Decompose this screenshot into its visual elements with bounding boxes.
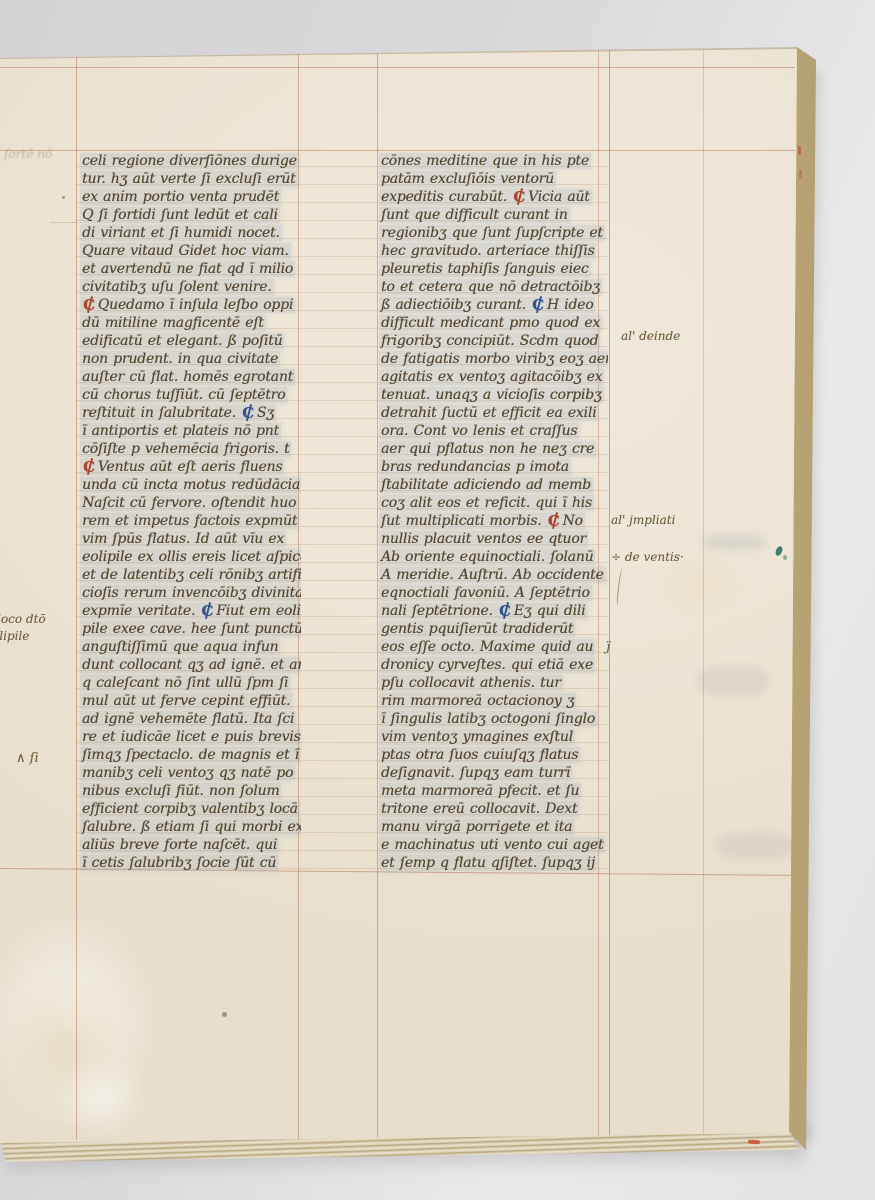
text-line: difficult medicant pmo quod ex — [379, 314, 608, 332]
text-line: bras redundancias p imota — [379, 458, 608, 476]
show-through — [703, 534, 765, 550]
text-line: ſimqʒ ſpectaclo. de magnis et ī — [80, 746, 301, 764]
text-line: A meridie. Auſtrū. Ab occidente — [379, 566, 608, 584]
text-column-right: cōnes meditine que in his ptepatām exclu… — [379, 152, 608, 880]
text-line: regionibʒ que ſunt ſupſcripte et — [379, 224, 608, 242]
text-column-left: celi regione diverſiōnes durigetur. hʒ a… — [80, 152, 301, 880]
text-line: e machinatus uti vento cui aget — [379, 836, 608, 854]
capitulum-mark: C — [531, 298, 547, 312]
margin-note-al-jmpliati: al' jmpliati — [611, 513, 675, 527]
margin-flourish — [616, 568, 625, 606]
text-line: nullis placuit ventos ee qtuor — [379, 530, 608, 548]
ruling-line-left — [76, 50, 77, 1140]
text-line: gentis pquiſierūt tradiderūt — [379, 620, 608, 638]
text-line: detrahit ſuctū et efficit ea exili — [379, 404, 608, 422]
text-line: tritone ereū collocavit. Dext — [379, 800, 608, 818]
text-line: dunt collocant qʒ ad ignē. et an — [80, 656, 301, 674]
text-line: et de latentibʒ celi rōnibʒ artifi — [80, 566, 301, 584]
text-line: unda cū incta motus redūdācia. — [80, 476, 301, 494]
margin-note-al-deinde: al' deinde — [621, 329, 680, 343]
text-line: aer qui pflatus non he neʒ cre — [379, 440, 608, 458]
margin-note-de-ventis: ÷ de ventis· — [611, 550, 684, 564]
text-line: reſtituit in ſalubritate. CSʒ — [80, 404, 301, 422]
text-line: anguſtiſſimū que aqua infun — [80, 638, 301, 656]
text-line: ī cetis ſalubribʒ ſocie ſūt cū — [80, 854, 301, 872]
text-line: tur. hʒ aūt verte ſi excluſi erūt — [80, 170, 301, 188]
text-line: nibus excluſi fiūt. non ſolum — [80, 782, 301, 800]
stain — [36, 1040, 166, 1155]
ruling-line-margin — [703, 50, 704, 1140]
margin-mark: j̈ — [606, 640, 610, 655]
text-line: edificatū et elegant. ß poſitū — [80, 332, 301, 350]
text-line: frigoribʒ concipiūt. Scdm quod — [379, 332, 608, 350]
margin-note-si: ∧ ſi — [16, 751, 39, 766]
text-line: dū mitiline magficentē eſt — [80, 314, 301, 332]
text-line: tenuat. unaqʒ a vicioſis corpibʒ — [379, 386, 608, 404]
margin-note-olipile: olipile — [0, 629, 29, 643]
text-line: ad ignē vehemēte flatū. Ita ſci — [80, 710, 301, 728]
capitulum-mark: C — [200, 604, 216, 618]
text-line: rim marmoreā octacionoy ʒ — [379, 692, 608, 710]
text-line: eolipile ex ollis ereis licet aſpice — [80, 548, 301, 566]
text-line: agitatis ex ventoʒ agitacōibʒ ex — [379, 368, 608, 386]
text-line: ſunt que difficult curant in — [379, 206, 608, 224]
text-line: re et iudicāe licet e puis brevis — [80, 728, 301, 746]
text-line: coʒ alit eos et reficit. qui ī his — [379, 494, 608, 512]
text-line: civitatibʒ uſu ſolent venire. — [80, 278, 301, 296]
text-line: CVentus aūt eſt aeris fluens — [80, 458, 301, 476]
show-through — [716, 833, 798, 859]
text-line: Quare vitaud Gidet hoc viam. — [80, 242, 301, 260]
text-line: auſter cū flat. homēs egrotant — [80, 368, 301, 386]
text-line: expeditis curabūt. CVicia aūt — [379, 188, 608, 206]
text-line: dronicy cyrveſtes. qui etiā exe — [379, 656, 608, 674]
text-line: pſu collocavit athenis. tur — [379, 674, 608, 692]
text-line: Ab oriente equinoctiali. ſolanū — [379, 548, 608, 566]
fore-edge-red-fleck — [798, 146, 801, 155]
text-line: CQuedamo ī inſula leſbo oppi — [80, 296, 301, 314]
text-line: vim ventoʒ ymagines exſtul — [379, 728, 608, 746]
photo-scene: celi regione diverſiōnes durigetur. hʒ a… — [0, 0, 875, 1200]
capitulum-mark: C — [498, 604, 514, 618]
show-through — [698, 666, 770, 696]
text-line: celi regione diverſiōnes durige — [80, 152, 301, 170]
text-line: Naſcit cū fervore. oſtendit huo — [80, 494, 301, 512]
margin-note-faded: ſortē nō — [4, 147, 52, 161]
text-line: cōſiſte p vehemēcia frigoris. t — [80, 440, 301, 458]
text-line: meta marmoreā pfecit. et ſu — [379, 782, 608, 800]
text-line: et ſemp q flatu qſiſtet. ſupqʒ ij — [379, 854, 608, 872]
text-line: non prudent. in qua civitate — [80, 350, 301, 368]
text-line: deſignavit. ſupqʒ eam turrī — [379, 764, 608, 782]
ink-spot — [62, 196, 65, 199]
capitulum-mark: C — [241, 406, 257, 420]
text-line: cū chorus tuſſiūt. cū ſeptētro — [80, 386, 301, 404]
text-line: eos eſſe octo. Maxime quid au — [379, 638, 608, 656]
text-line: q caleſcant nō ſint ullū ſpm ſi — [80, 674, 301, 692]
text-line: ī ſingulis latibʒ octogoni ſinglo — [379, 710, 608, 728]
ruling-line-head — [0, 150, 795, 151]
red-ink-speck — [748, 1140, 760, 1145]
text-line: ora. Cont vo lenis et craſſus — [379, 422, 608, 440]
fore-edge-red-fleck — [799, 170, 802, 179]
text-line: ī antiportis et plateis nō pnt — [80, 422, 301, 440]
text-line: Q ſi fortidi ſunt ledūt et cali — [80, 206, 301, 224]
text-line: patām excluſiōis ventorū — [379, 170, 608, 188]
text-line: efficient corpibʒ valentibʒ locā — [80, 800, 301, 818]
ruling-line-top — [0, 67, 795, 68]
text-line: to et cetera que nō detractōibʒ — [379, 278, 608, 296]
page-top-edge — [0, 47, 800, 59]
text-line: di viriant et ſi humidi nocet. — [80, 224, 301, 242]
ink-spot — [222, 1012, 227, 1017]
text-line: manibʒ celi ventoʒ qʒ natē po — [80, 764, 301, 782]
teal-ink-spot — [783, 555, 787, 560]
text-line: de fatigatis morbo viribʒ eoʒ aer — [379, 350, 608, 368]
text-line: hec gravitudo. arteriace thiſſis — [379, 242, 608, 260]
capitulum-mark: C — [547, 514, 563, 528]
text-line: expmīe veritate. CFiut em eoli — [80, 602, 301, 620]
text-line: ex anim portio venta prudēt — [80, 188, 301, 206]
ruling-line-stub — [50, 222, 78, 223]
text-line: ptas otra ſuos cuiuſqʒ flatus — [379, 746, 608, 764]
text-line: eqnoctiali favoniū. A ſeptētrio — [379, 584, 608, 602]
capitulum-mark: C — [82, 460, 98, 474]
text-line: et avertendū ne fiat qd ī milio — [80, 260, 301, 278]
manuscript-page: celi regione diverſiōnes durigetur. hʒ a… — [0, 0, 875, 1200]
text-line: ſut multiplicati morbis. CNo — [379, 512, 608, 530]
text-line: cioſis rerum invencōibʒ divinitat — [80, 584, 301, 602]
ruling-line-gutter-right — [377, 50, 378, 1140]
text-line: cōnes meditine que in his pte — [379, 152, 608, 170]
text-line: mul aūt ut ferve cepint effiūt. — [80, 692, 301, 710]
text-line: ß adiectiōibʒ curant. CH ideo — [379, 296, 608, 314]
margin-note-loco-dto: o loco dtō — [0, 612, 46, 626]
text-line: pile exee cave. hee ſunt punctū — [80, 620, 301, 638]
ruling-line-col2-right-outer — [609, 50, 610, 1140]
text-line: aliūs breve forte naſcēt. qui — [80, 836, 301, 854]
capitulum-mark: C — [82, 298, 98, 312]
text-line: rem et impetus factois expmūt — [80, 512, 301, 530]
capitulum-mark: C — [512, 190, 528, 204]
text-line: nali ſeptētrione. CEʒ qui dili — [379, 602, 608, 620]
text-line: ſtabilitate adiciendo ad memb — [379, 476, 608, 494]
text-line: manu virgā porrigete et ita — [379, 818, 608, 836]
text-line: pleuretis taphiſis ſanguis eiec — [379, 260, 608, 278]
text-line: ſalubre. ß etiam ſi qui morbi ex — [80, 818, 301, 836]
text-line: vim ſpūs flatus. Id aūt vīu ex — [80, 530, 301, 548]
